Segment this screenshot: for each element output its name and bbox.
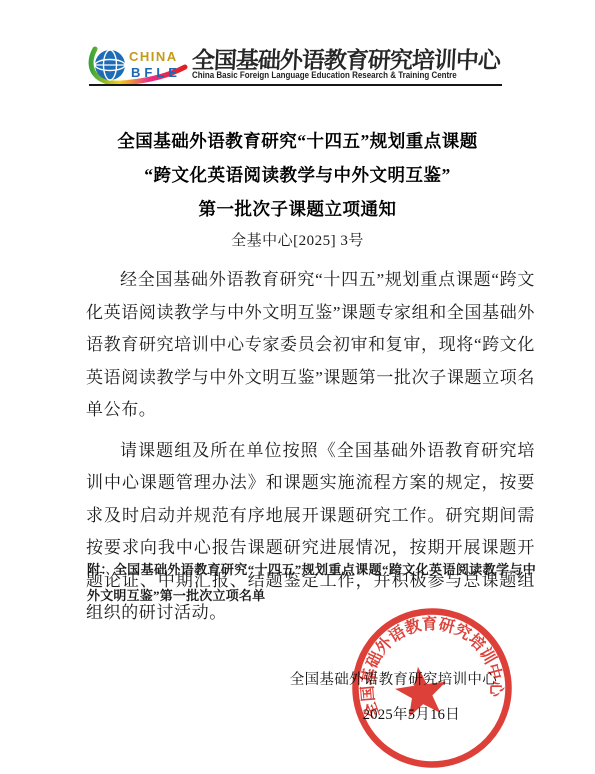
title-line-3: 第一批次子课题立项通知 xyxy=(0,192,595,226)
logo-text-china: CHINA xyxy=(129,49,178,64)
document-title: 全国基础外语教育研究“十四五”规划重点课题 “跨文化英语阅读教学与中外文明互鉴”… xyxy=(0,124,595,257)
bfle-logo: CHINA BFLE xyxy=(88,42,188,88)
document-page: CHINA BFLE 全国基础外语教育研究培训中心 China Basic Fo… xyxy=(0,0,595,774)
logo-text-bfle: BFLE xyxy=(131,65,181,80)
signature-date: 2025年5月16日 xyxy=(363,703,460,724)
title-line-1: 全国基础外语教育研究“十四五”规划重点课题 xyxy=(0,124,595,158)
document-number: 全基中心[2025] 3号 xyxy=(0,226,595,257)
org-name-english: China Basic Foreign Language Education R… xyxy=(192,70,452,81)
attachment-note: 附：全国基础外语教育研究“十四五”规划重点课题“跨文化英语阅读教学与中外文明互鉴… xyxy=(87,557,536,609)
signature-organization: 全国基础外语教育研究培训中心 xyxy=(290,668,497,689)
globe-logo-icon: CHINA BFLE xyxy=(88,42,188,88)
header-divider xyxy=(89,84,502,86)
body-paragraph-1: 经全国基础外语教育研究“十四五”规划重点课题“跨文化英语阅读教学与中外文明互鉴”… xyxy=(86,264,535,427)
title-line-2: “跨文化英语阅读教学与中外文明互鉴” xyxy=(0,158,595,192)
